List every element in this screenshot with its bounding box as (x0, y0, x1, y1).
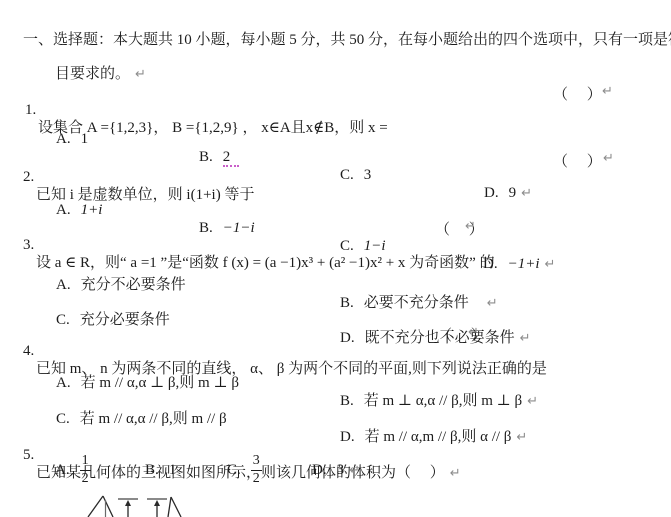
paragraph-mark-icon: ↵ (602, 84, 613, 99)
option-4-c: C.若 m // α,α // β,则 m // β (56, 410, 227, 428)
option-5-d: D. 3 ↵ (312, 448, 360, 492)
question-3-options-row-cd: C.充分必要条件 D.既不充分也不必要条件↵ (0, 293, 671, 313)
option-label: A. (56, 375, 71, 391)
section-header-text-2: 目要求的。 (55, 66, 130, 82)
paragraph-mark-icon: ↵ (135, 67, 146, 82)
three-view-diagram-fragment (85, 489, 205, 517)
option-value: 3 (337, 462, 345, 479)
fraction-value: 12 (80, 454, 91, 486)
paragraph-mark-icon: ↵ (349, 463, 360, 478)
paragraph-mark-icon: ↵ (465, 219, 476, 234)
option-2-a: A.1+i (56, 201, 102, 219)
option-1-c: C.3 (340, 166, 371, 184)
option-label: A. (56, 202, 71, 218)
option-5-b: B. 1 (145, 448, 176, 492)
question-1-options-row: A.1 B.2 C.3 D.9↵ (0, 112, 671, 132)
option-5-c: C. 32 (227, 448, 262, 492)
option-label: A. (55, 462, 70, 479)
option-4-a: A.若 m // α,α ⊥ β,则 m ⊥ β (56, 374, 239, 392)
question-3-number: 3. (23, 236, 34, 254)
option-label: A. (56, 131, 71, 147)
option-5-a: A. 12 (55, 448, 91, 492)
option-label: C. (56, 411, 70, 427)
option-value: 若 m // α,α ⊥ β,则 m ⊥ β (81, 375, 239, 391)
option-value: 3 (364, 167, 372, 183)
fraction-numerator: 1 (82, 454, 89, 469)
option-value: 若 m // α,α // β,则 m // β (80, 411, 227, 427)
fraction-numerator: 3 (253, 454, 260, 469)
option-label: B. (145, 462, 159, 479)
option-label: A. (56, 277, 71, 293)
option-value: 充分不必要条件 (81, 277, 186, 293)
three-view-diagram-svg (85, 489, 205, 517)
question-1-answer-blank: （ ） (553, 83, 602, 104)
option-value: 1 (81, 131, 89, 147)
option-label: C. (227, 462, 241, 479)
option-3-a: A.充分不必要条件 (56, 276, 186, 294)
question-4-options-row-ab: A.若 m // α,α ⊥ β,则 m ⊥ β B.若 m ⊥ α,α // … (0, 356, 671, 376)
option-1-a: A.1 (56, 130, 88, 148)
fraction-value: 32 (251, 454, 262, 486)
option-label: C. (340, 167, 354, 183)
option-value: 1 (169, 462, 177, 479)
question-3-options-row-ab: A.充分不必要条件 B.必要不充分条件↵ (0, 258, 671, 278)
fraction-denominator: 2 (82, 472, 89, 487)
question-5-options-row: A. 12 B. 1 C. 32 D. 3 ↵ (0, 448, 671, 492)
question-2-options-row: A.1+i B.−1−i C.1−i D.−1+i↵ (0, 183, 671, 203)
paragraph-mark-icon: ↵ (603, 151, 614, 166)
question-3-answer-blank: （ ） (435, 218, 484, 239)
option-value: 1+i (81, 202, 103, 218)
paragraph-mark-icon: ↵ (468, 325, 479, 340)
option-label: D. (312, 462, 327, 479)
question-2-answer-blank: （ ） (553, 150, 602, 171)
exam-document-page: 一、选择题：本大题共 10 小题，每小题 5 分，共 50 分，在每小题给出的四… (0, 0, 671, 517)
fraction-denominator: 2 (253, 472, 260, 487)
question-4-options-row-cd: C.若 m // α,α // β,则 m // β D.若 m // α,m … (0, 392, 671, 412)
section-header-text: 一、选择题：本大题共 10 小题，每小题 5 分，共 50 分，在每小题给出的四… (23, 32, 671, 48)
paragraph-mark-icon: ↵ (516, 430, 527, 445)
